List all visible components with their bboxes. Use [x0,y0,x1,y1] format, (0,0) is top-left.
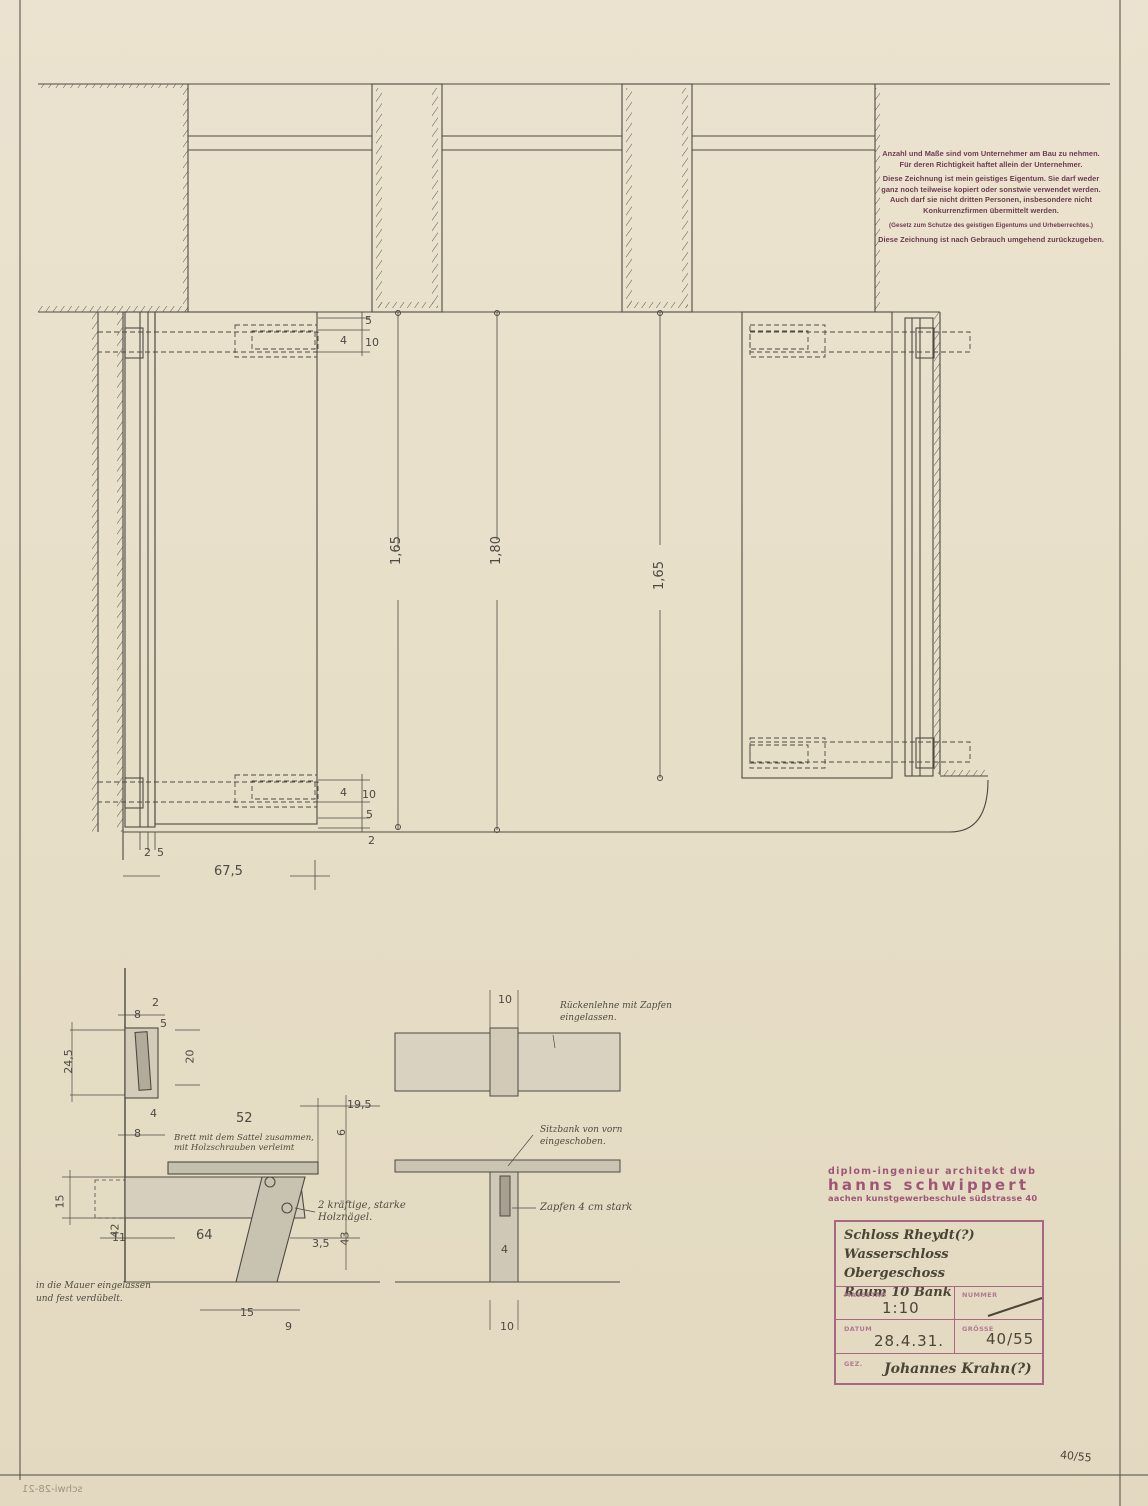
stamp-name: hanns schwippert [828,1177,1048,1193]
divider [836,1353,1042,1354]
note-wood-dowels: 2 kräftige, starke Holznägel. [318,1200,428,1224]
dim-left-2: 2 [144,846,151,859]
dim-right-bench-length: 1,65 [652,561,667,590]
dim-s-4: 4 [150,1107,157,1120]
note-backrest-tenon: Rückenlehne mit Zapfen eingelassen. [560,1000,690,1024]
dim-s-15: 15 [54,1195,67,1209]
dim-bottom-2: 2 [368,834,375,847]
dim-top-5: 5 [365,314,372,327]
dim-s-24-5: 24,5 [62,1049,75,1074]
dim-top-4: 4 [340,334,347,347]
dim-left-5: 5 [157,846,164,859]
drawing-sheet: Anzahl und Maße sind vom Unternehmer am … [0,0,1148,1506]
divider [954,1286,955,1353]
groesse-value: 40/55 [986,1330,1034,1348]
dim-r-top-10: 10 [498,993,512,1006]
note-tenon-thickness: Zapfen 4 cm stark [540,1202,632,1214]
dim-depth: 67,5 [214,864,243,879]
dim-s-19-5: 19,5 [347,1098,372,1111]
notice-line-1: Anzahl und Maße sind vom Unternehmer am … [882,149,1099,158]
dim-center-length: 1,80 [489,536,504,565]
note-wall-fixing: in die Mauer eingelassen und fest verdüb… [36,1280,156,1306]
dim-s-11: 11 [112,1231,126,1244]
dim-s-8b: 8 [134,1127,141,1140]
notice-para-2: Diese Zeichnung ist nach Gebrauch umgehe… [878,235,1104,246]
dim-bottom-4: 4 [340,786,347,799]
gez-value: Johannes Krahn(?) [884,1360,1032,1379]
title-block: Schloss Rheydt(?) Wasserschloss Obergesc… [834,1220,1044,1385]
project-line-2: Obergeschoss [844,1264,1042,1283]
dim-left-bench-length: 1,65 [389,536,404,565]
nummer-value-slash [986,1294,1046,1318]
datum-value: 28.4.31. [874,1332,944,1350]
notice-para-1: Diese Zeichnung ist mein geistiges Eigen… [878,174,1104,216]
massstab-label: MASSSTAB [844,1291,886,1299]
note-seat-front: Sitzbank von vorn eingeschoben. [540,1124,670,1148]
dim-s-5: 5 [160,1017,167,1030]
note-seat-board: Brett mit dem Sattel zusammen, mit Holzs… [174,1133,324,1153]
dim-s-3-5: 3,5 [312,1237,330,1250]
notice-law: (Gesetz zum Schutze des geistigen Eigent… [878,221,1104,232]
project-line-1: Schloss Rheydt(?) Wasserschloss [844,1226,1042,1264]
massstab-value: 1:10 [882,1299,920,1317]
dim-r-bottom-10: 10 [500,1320,514,1333]
dim-bottom-10: 10 [362,788,376,801]
gez-label: GEZ. [844,1360,863,1368]
architect-stamp: diplom-ingenieur architekt dwb hanns sch… [828,1166,1048,1203]
dim-r-4: 4 [501,1243,508,1256]
dim-top-10: 10 [365,336,379,349]
archive-reference: schwi-28-21 [22,1484,83,1495]
divider [836,1286,1042,1287]
divider [836,1319,1042,1320]
dim-s-2: 2 [152,996,159,1009]
dim-s-64: 64 [196,1228,213,1243]
datum-label: DATUM [844,1325,872,1333]
dim-s-15b: 15 [240,1306,254,1319]
dim-s-43: 43 [339,1232,352,1246]
copyright-notice: Anzahl und Maße sind vom Unternehmer am … [878,149,1104,250]
notice-line-2: Für deren Richtigkeit haftet allein der … [900,160,1083,169]
stamp-address: aachen kunstgewerbeschule südstrasse 40 [828,1193,1048,1203]
dim-s-8: 8 [134,1008,141,1021]
dim-s-52: 52 [236,1111,253,1126]
dim-bottom-5: 5 [366,808,373,821]
dim-s-6: 6 [335,1129,348,1136]
dim-s-9: 9 [285,1320,292,1333]
dim-s-20: 20 [184,1050,197,1064]
